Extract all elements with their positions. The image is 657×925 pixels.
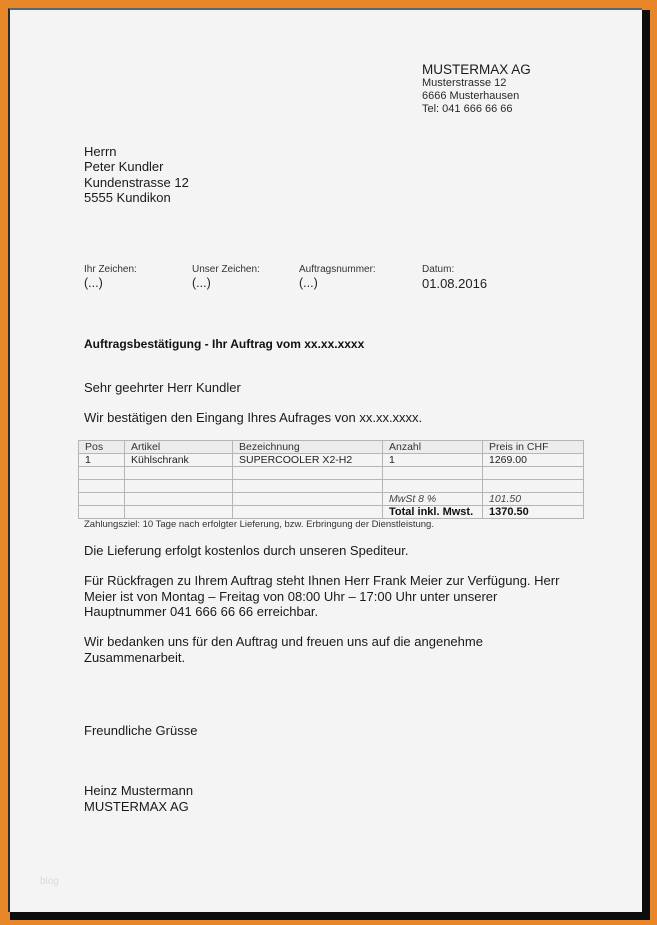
ihr-zeichen-label: Ihr Zeichen: [84,264,137,275]
table-cell [233,480,383,493]
table-cell: 1269.00 [483,454,584,467]
auftragsnummer-label: Auftragsnummer: [299,264,376,275]
col-header-pos: Pos [79,441,125,454]
sender-street: Musterstrasse 12 [422,77,506,89]
sender-phone: Tel: 041 666 66 66 [422,103,513,115]
table-header-row: Pos Artikel Bezeichnung Anzahl Preis in … [79,441,584,454]
payment-terms: Zahlungsziel: 10 Tage nach erfolgter Lie… [84,519,434,530]
table-cell: SUPERCOOLER X2-H2 [233,454,383,467]
recipient-address: Herrn Peter Kundler Kundenstrasse 12 555… [84,144,189,205]
letter-subject: Auftragsbestätigung - Ihr Auftrag vom xx… [84,337,364,351]
signature-name: Heinz Mustermann [84,783,193,799]
ihr-zeichen-value: (...) [84,276,103,290]
watermark: blog [40,876,59,887]
order-items-table: Pos Artikel Bezeichnung Anzahl Preis in … [78,440,584,519]
total-value: 1370.50 [483,506,584,519]
table-cell [383,480,483,493]
table-cell [233,467,383,480]
sender-city: 6666 Musterhausen [422,90,519,102]
table-cell: 1 [79,454,125,467]
contact-line: Meier ist von Montag – Freitag von 08:00… [84,589,559,605]
col-header-bezeichnung: Bezeichnung [233,441,383,454]
table-row [79,467,584,480]
thanks-line: Zusammenarbeit. [84,650,483,666]
datum-label: Datum: [422,264,454,275]
greeting: Sehr geehrter Herr Kundler [84,380,241,396]
table-cell [79,467,125,480]
table-row [79,480,584,493]
recipient-city: 5555 Kundikon [84,190,189,205]
contact-line: Für Rückfragen zu Ihrem Auftrag steht Ih… [84,573,559,589]
table-cell: Kühlschrank [125,454,233,467]
unser-zeichen-label: Unser Zeichen: [192,264,260,275]
letter-page: MUSTERMAX AG Musterstrasse 12 6666 Muste… [8,8,642,912]
table-cell [483,467,584,480]
contact-paragraph: Für Rückfragen zu Ihrem Auftrag steht Ih… [84,573,559,620]
delivery-text: Die Lieferung erfolgt kostenlos durch un… [84,543,408,559]
closing: Freundliche Grüsse [84,723,197,739]
recipient-name: Peter Kundler [84,159,189,174]
table-cell [483,480,584,493]
col-header-anzahl: Anzahl [383,441,483,454]
table-cell: 1 [383,454,483,467]
datum-value: 01.08.2016 [422,276,487,291]
recipient-street: Kundenstrasse 12 [84,175,189,190]
table-cell [383,467,483,480]
contact-line: Hauptnummer 041 666 66 66 erreichbar. [84,604,559,620]
unser-zeichen-value: (...) [192,276,211,290]
vat-row: MwSt 8 % 101.50 [79,493,584,506]
table-cell [125,480,233,493]
vat-label: MwSt 8 % [383,493,483,506]
intro-text: Wir bestätigen den Eingang Ihres Aufrage… [84,410,422,426]
auftragsnummer-value: (...) [299,276,318,290]
vat-value: 101.50 [483,493,584,506]
col-header-artikel: Artikel [125,441,233,454]
signature-block: Heinz Mustermann MUSTERMAX AG [84,783,193,814]
signature-company: MUSTERMAX AG [84,799,193,815]
thanks-paragraph: Wir bedanken uns für den Auftrag und fre… [84,634,483,665]
recipient-salutation: Herrn [84,144,189,159]
table-cell [79,480,125,493]
table-cell [125,467,233,480]
table-row: 1KühlschrankSUPERCOOLER X2-H211269.00 [79,454,584,467]
total-row: Total inkl. Mwst. 1370.50 [79,506,584,519]
total-label: Total inkl. Mwst. [383,506,483,519]
thanks-line: Wir bedanken uns für den Auftrag und fre… [84,634,483,650]
sender-company: MUSTERMAX AG [422,62,531,77]
col-header-preis: Preis in CHF [483,441,584,454]
